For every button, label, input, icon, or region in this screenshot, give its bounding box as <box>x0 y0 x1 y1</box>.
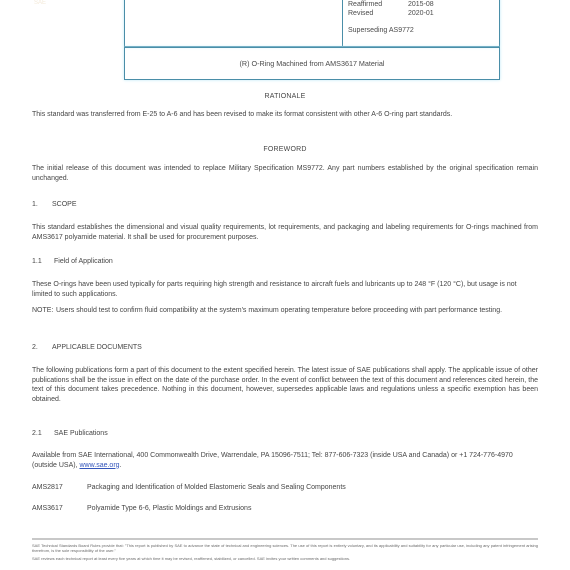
rationale-text: This standard was transferred from E-25 … <box>32 110 538 120</box>
document-title-box: (R) O-Ring Machined from AMS3617 Materia… <box>124 47 500 80</box>
note-label: NOTE: <box>32 306 56 316</box>
field-of-application-text: These O-rings have been used typically f… <box>32 280 538 299</box>
section-title: Field of Application <box>54 258 113 265</box>
foreword-text: The initial release of this document was… <box>32 164 538 183</box>
note-text: Users should test to confirm fluid compa… <box>56 306 502 316</box>
reference-code: AMS2817 <box>32 484 87 491</box>
reference-row: AMS2817 Packaging and Identification of … <box>32 484 346 491</box>
reference-code: AMS3617 <box>32 505 87 512</box>
section-title: APPLICABLE DOCUMENTS <box>52 344 142 351</box>
sae-publications-text: Available from SAE International, 400 Co… <box>32 451 538 470</box>
reference-title: Packaging and Identification of Molded E… <box>87 484 346 491</box>
section-number: 1. <box>32 201 52 208</box>
header-divider <box>342 0 343 47</box>
revised-row: Revised 2020-01 <box>348 9 434 18</box>
revised-label: Revised <box>348 9 408 18</box>
reference-title: Polyamide Type 6-6, Plastic Moldings and… <box>87 505 251 512</box>
applicable-documents-text: The following publications form a part o… <box>32 366 538 404</box>
section-title: SAE Publications <box>54 430 108 437</box>
note: NOTE: Users should test to confirm fluid… <box>32 306 538 316</box>
section-1-1-heading: 1.1Field of Application <box>32 258 113 265</box>
revised-value: 2020-01 <box>408 9 434 18</box>
footer-line-2: SAE reviews each technical report at lea… <box>32 556 538 561</box>
header-meta: Reaffirmed 2015-08 Revised 2020-01 Super… <box>348 0 434 35</box>
sae-logo: SAE <box>34 0 46 6</box>
document-page: SAE Reaffirmed 2015-08 Revised 2020-01 S… <box>0 0 570 570</box>
section-number: 2. <box>32 344 52 351</box>
reaffirmed-label: Reaffirmed <box>348 0 408 9</box>
document-title: (R) O-Ring Machined from AMS3617 Materia… <box>240 59 385 68</box>
section-2-1-heading: 2.1SAE Publications <box>32 430 108 437</box>
section-2-heading: 2.APPLICABLE DOCUMENTS <box>32 344 142 351</box>
section-1-heading: 1.SCOPE <box>32 201 77 208</box>
scope-text: This standard establishes the dimensiona… <box>32 223 538 242</box>
reference-row: AMS3617 Polyamide Type 6-6, Plastic Mold… <box>32 505 251 512</box>
section-number: 1.1 <box>32 258 54 265</box>
footer-divider <box>32 538 538 540</box>
section-number: 2.1 <box>32 430 54 437</box>
rationale-heading: RATIONALE <box>0 93 570 100</box>
section-title: SCOPE <box>52 201 77 208</box>
sae-website-link[interactable]: www.sae.org <box>79 462 119 469</box>
footer-line-1: SAE Technical Standards Board Rules prov… <box>32 543 538 553</box>
reaffirmed-row: Reaffirmed 2015-08 <box>348 0 434 9</box>
foreword-heading: FOREWORD <box>0 146 570 153</box>
header-box <box>124 0 500 47</box>
reaffirmed-value: 2015-08 <box>408 0 434 9</box>
availability-text-end: . <box>120 462 122 469</box>
superseding: Superseding AS9772 <box>348 26 434 35</box>
